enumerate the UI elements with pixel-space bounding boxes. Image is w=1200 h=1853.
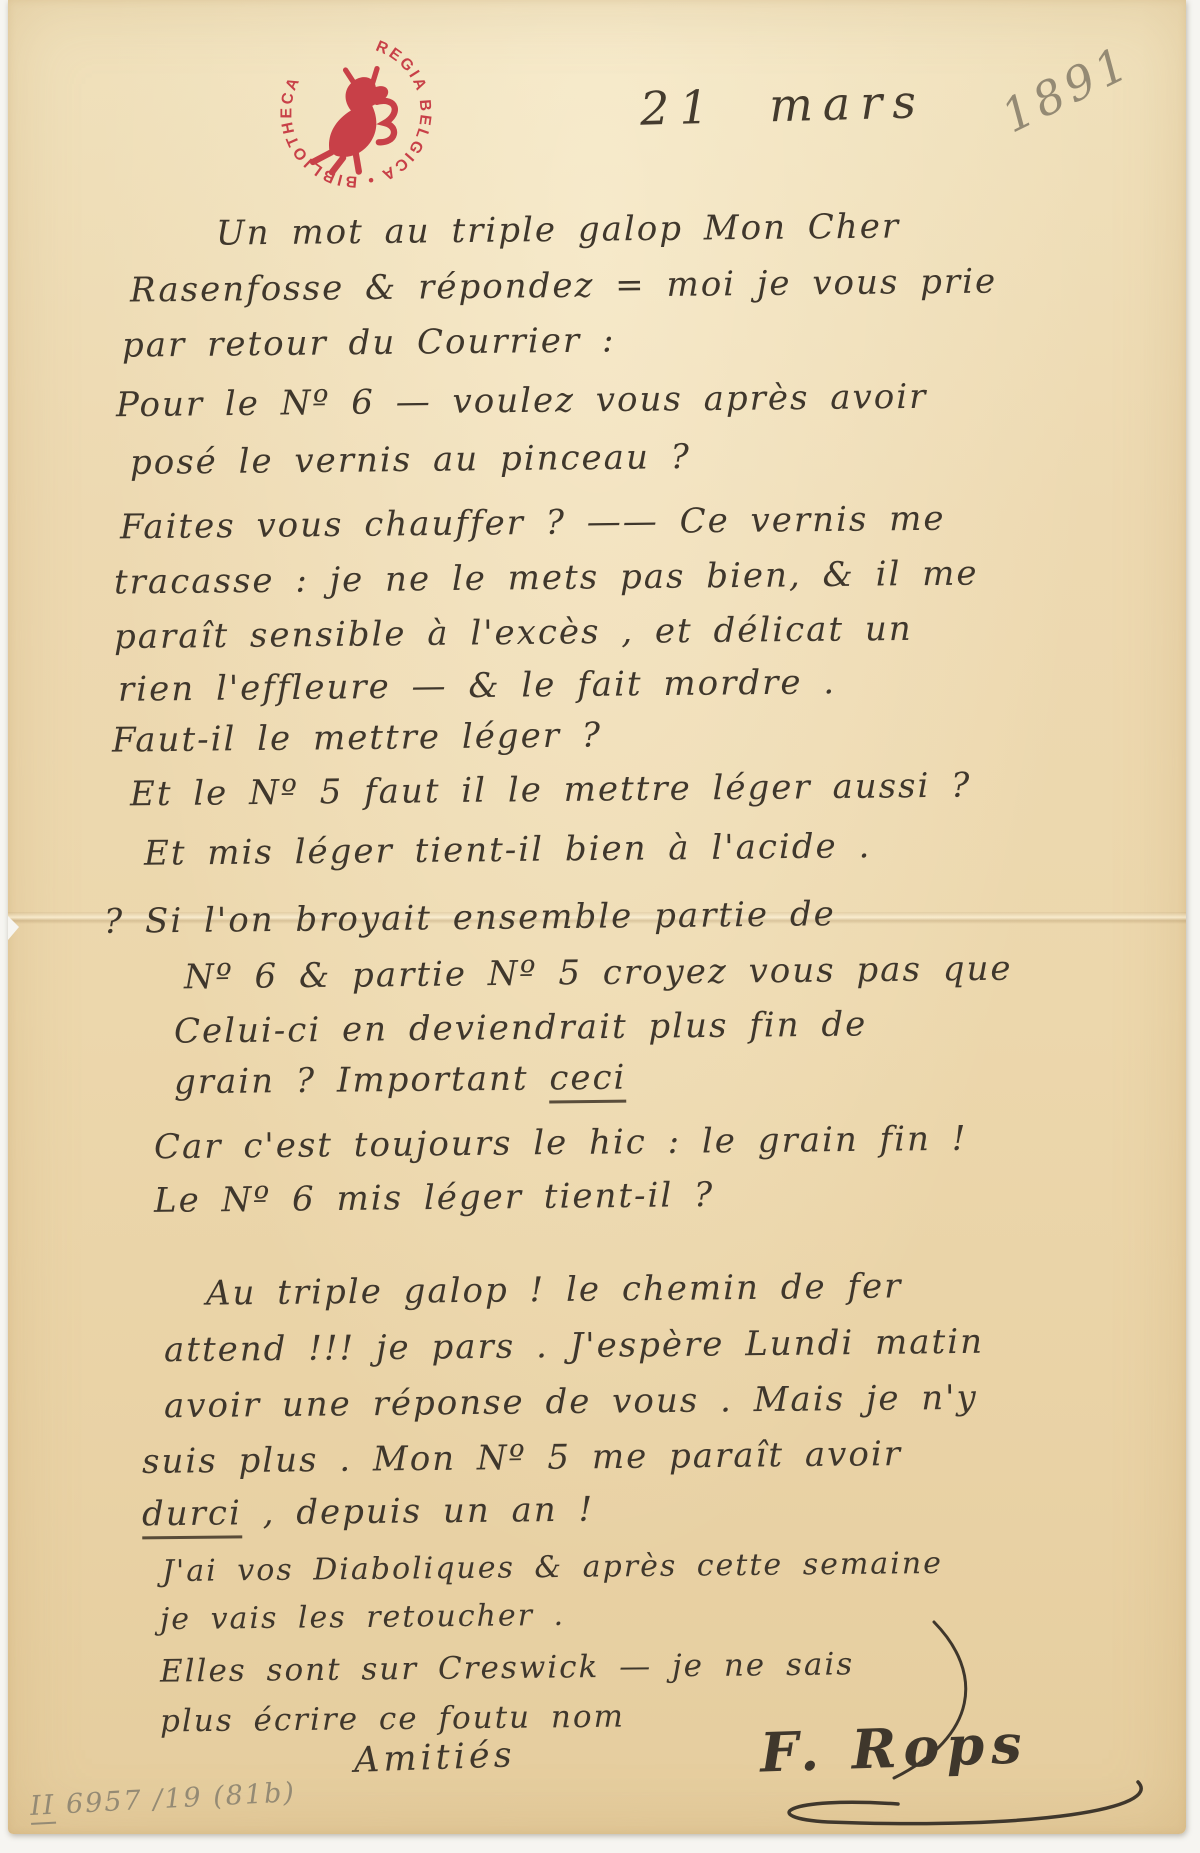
scanned-letter-page: { "document": { "kind": "handwritten-let…	[0, 0, 1200, 1853]
letter-line: grain ? Important ceci	[174, 1058, 627, 1103]
letter-line: Rasenfosse & répondez = moi je vous prie	[130, 261, 998, 310]
letter-line: Pour le Nº 6 — voulez vous après avoir	[116, 377, 928, 425]
letter-line: Elles sont sur Creswick — je ne sais	[160, 1646, 855, 1689]
date-line: 21 mars	[639, 74, 926, 135]
letter-line: Celui-ci en deviendrait plus fin de	[174, 1004, 868, 1051]
letter-line: je vais les retoucher .	[160, 1598, 565, 1637]
library-stamp: REGIA BELGICA • BIBLIOTHECA	[244, 0, 469, 224]
letter-line: rien l'effleure — & le fait mordre .	[118, 662, 837, 710]
letter-line: suis plus . Mon Nº 5 me paraît avoir	[142, 1434, 902, 1482]
year-annotation: 1891	[993, 35, 1140, 144]
letter-line: Au triple galop ! le chemin de fer	[206, 1266, 903, 1313]
letter-line: Le Nº 6 mis léger tient-il ?	[154, 1175, 715, 1221]
letter-line: Et le Nº 5 faut il le mettre léger aussi…	[130, 766, 972, 815]
signature: F. Rops	[759, 1711, 1030, 1784]
letter-line: plus écrire ce foutu nom	[160, 1699, 625, 1740]
letter-line: attend !!! je pars . J'espère Lundi mati…	[164, 1322, 984, 1371]
closing-salutation: Amitiés	[353, 1735, 516, 1781]
letter-paper: REGIA BELGICA • BIBLIOTHECA 21 mars 1891…	[8, 0, 1186, 1834]
letter-line: tracasse : je ne le mets pas bien, & il …	[114, 553, 979, 602]
letter-line: Un mot au triple galop Mon Cher	[216, 206, 900, 253]
letter-line: Faites vous chauffer ? —— Ce vernis me	[120, 499, 946, 548]
letter-line: J'ai vos Diaboliques & après cette semai…	[162, 1546, 943, 1589]
letter-line: Car c'est toujours le hic : le grain fin…	[154, 1119, 968, 1168]
letter-line: Et mis léger tient-il bien à l'acide .	[144, 826, 872, 874]
letter-line: ? Si l'on broyait ensemble partie de	[104, 894, 836, 942]
letter-line: posé le vernis au pinceau ?	[130, 437, 691, 483]
letter-line: par retour du Courrier :	[122, 320, 616, 365]
letter-line: durci , depuis un an !	[142, 1490, 595, 1535]
catalog-number: II 6957 /19 (81b)	[29, 1777, 296, 1822]
letter-line: Nº 6 & partie Nº 5 croyez vous pas que	[184, 949, 1013, 998]
letter-line: paraît sensible à l'excès , et délicat u…	[114, 609, 913, 657]
signature-flourish	[738, 1778, 1168, 1848]
letter-line: Faut-il le mettre léger ?	[112, 715, 602, 760]
paper-edge-tear	[8, 916, 19, 940]
letter-line: avoir une réponse de vous . Mais je n'y	[164, 1378, 978, 1427]
